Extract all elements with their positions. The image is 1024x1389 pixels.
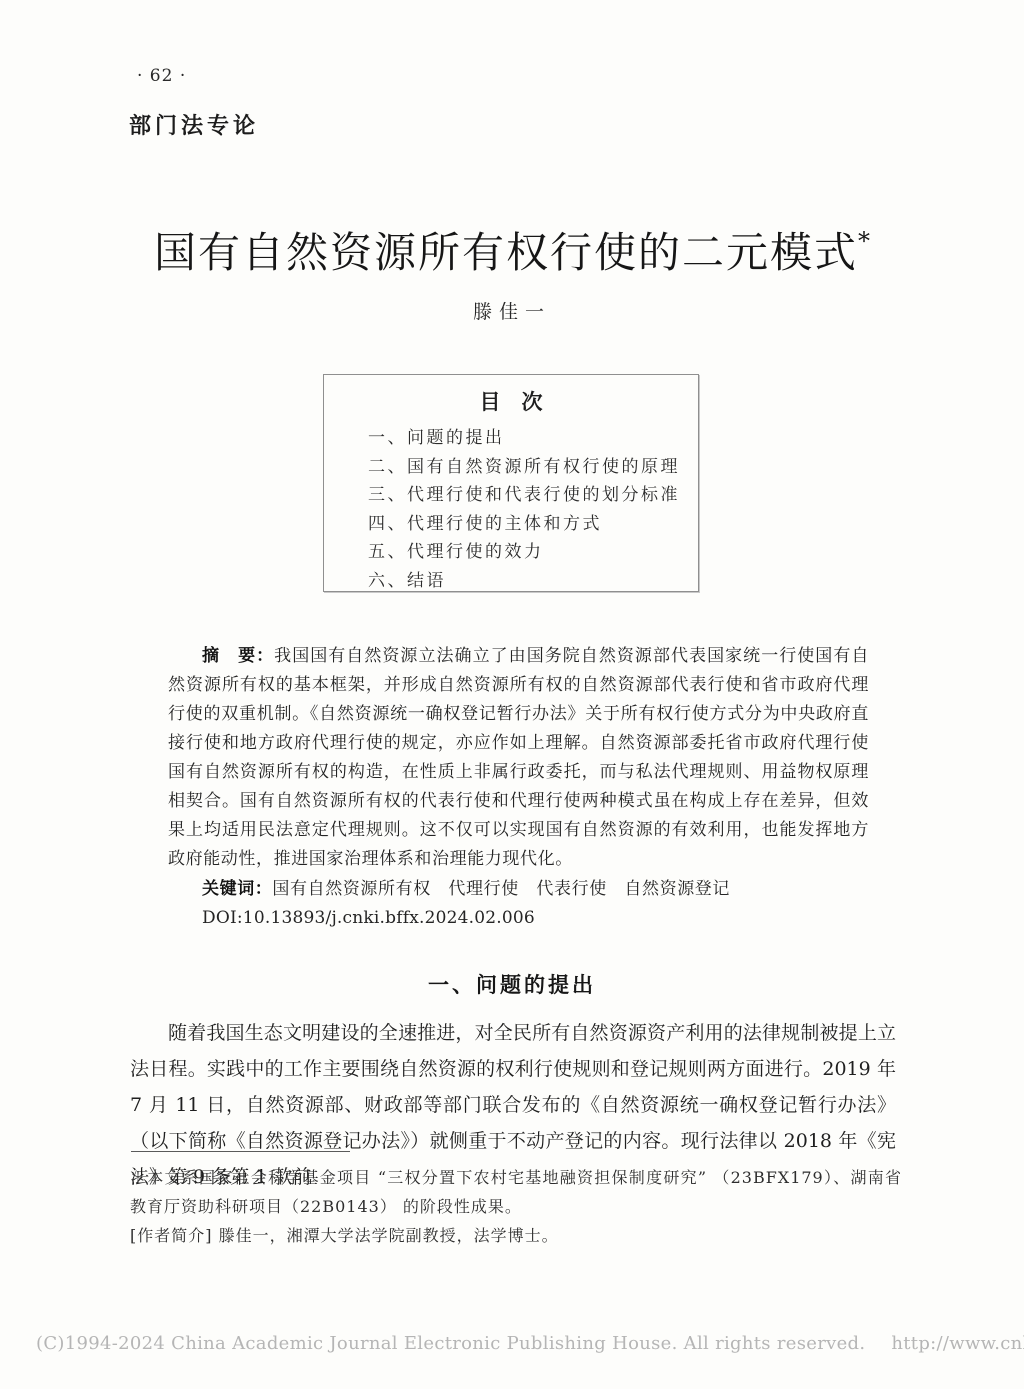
toc-item-6: 六、结语 <box>368 567 690 596</box>
abstract-block: 摘 要：我国国有自然资源立法确立了由国务院自然资源部代表国家统一行使国有自然资源… <box>168 641 869 933</box>
toc-list: 一、问题的提出 二、国有自然资源所有权行使的原理 三、代理行使和代表行使的划分标… <box>324 424 698 595</box>
keywords-text: 国有自然资源所有权 代理行使 代表行使 自然资源登记 <box>272 879 730 899</box>
toc-item-4: 四、代理行使的主体和方式 <box>368 510 690 539</box>
author-name: 滕佳一 <box>0 297 1024 324</box>
abstract-text: 我国国有自然资源立法确立了由国务院自然资源部代表国家统一行使国有自然资源所有权的… <box>168 646 869 869</box>
toc-item-2: 二、国有自然资源所有权行使的原理 <box>368 453 690 482</box>
copyright-text: (C)1994-2024 China Academic Journal Elec… <box>36 1333 865 1354</box>
footnote-separator <box>131 1151 350 1152</box>
toc-item-1: 一、问题的提出 <box>368 424 690 453</box>
cnki-url: http://www.cnki.net <box>891 1333 1024 1354</box>
author-bio-footnote: [作者简介] 滕佳一，湘潭大学法学院副教授，法学博士。 <box>130 1221 902 1250</box>
doi-line: DOI:10.13893/j.cnki.bffx.2024.02.006 <box>168 904 869 933</box>
footnotes-block: ＊本文系国家社会科学基金项目 “三权分置下农村宅基地融资担保制度研究” （23B… <box>130 1163 902 1250</box>
title-footnote-mark: * <box>858 227 870 255</box>
keywords-label: 关键词： <box>202 879 272 898</box>
page-number: · 62 · <box>137 66 186 86</box>
abstract-label: 摘 要： <box>202 646 274 665</box>
toc-item-5: 五、代理行使的效力 <box>368 538 690 567</box>
toc-heading: 目 次 <box>324 386 698 416</box>
section-heading: 一、问题的提出 <box>0 969 1024 999</box>
article-title: 国有自然资源所有权行使的二元模式* <box>0 220 1024 280</box>
cnki-watermark: (C)1994-2024 China Academic Journal Elec… <box>36 1333 1024 1354</box>
funding-footnote: ＊本文系国家社会科学基金项目 “三权分置下农村宅基地融资担保制度研究” （23B… <box>130 1163 902 1221</box>
article-title-text: 国有自然资源所有权行使的二元模式 <box>154 228 858 277</box>
keywords-line: 关键词：国有自然资源所有权 代理行使 代表行使 自然资源登记 <box>168 874 869 904</box>
toc-item-3: 三、代理行使和代表行使的划分标准 <box>368 481 690 510</box>
table-of-contents-box: 目 次 一、问题的提出 二、国有自然资源所有权行使的原理 三、代理行使和代表行使… <box>323 374 699 592</box>
journal-page: · 62 · 部门法专论 国有自然资源所有权行使的二元模式* 滕佳一 目 次 一… <box>0 0 1024 1389</box>
abstract-paragraph: 摘 要：我国国有自然资源立法确立了由国务院自然资源部代表国家统一行使国有自然资源… <box>168 641 869 874</box>
column-section-label: 部门法专论 <box>129 109 259 140</box>
